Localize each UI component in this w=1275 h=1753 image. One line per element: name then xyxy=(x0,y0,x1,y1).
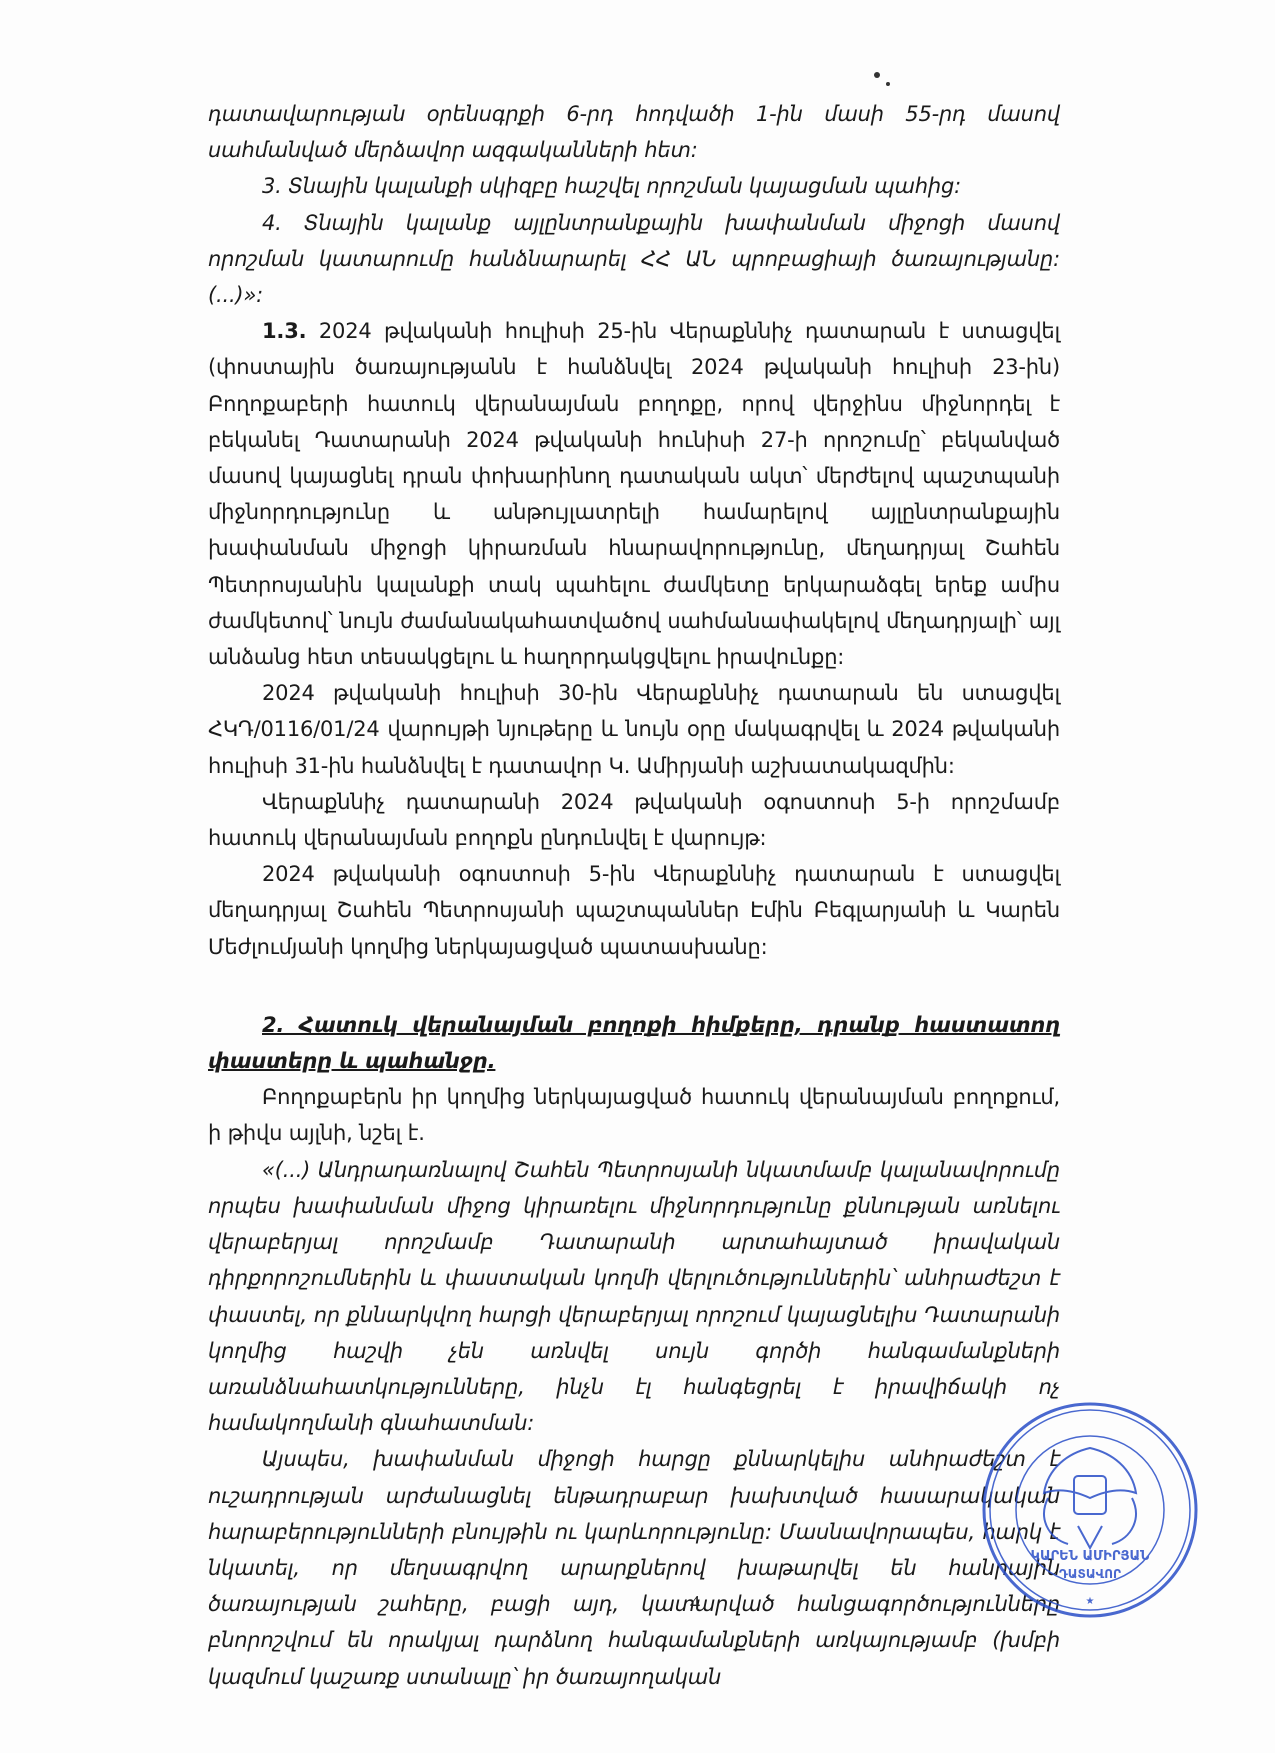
page-number: 4 xyxy=(690,1592,700,1615)
document-body: դատավարության օրենսգրքի 6-րդ հոդվածի 1-ի… xyxy=(208,96,1060,1695)
judge-seal-stamp: ԿԱՐԵՆ ԱՄԻՐՅԱՆ ԴԱՏԱՎՈՐ ★ xyxy=(978,1398,1202,1622)
document-page: դատավարության օրենսգրքի 6-րդ հոդվածի 1-ի… xyxy=(0,0,1275,1753)
paragraph-defense-response: 2024 թվականի օգոստոսի 5-ին Վերաքննիչ դատ… xyxy=(208,856,1060,965)
paragraph-continuation: դատավարության օրենսգրքի 6-րդ հոդվածի 1-ի… xyxy=(208,96,1060,168)
section-paragraph-quote-2: Այսպես, խափանման միջոցի հարցը քննարկելիս… xyxy=(208,1441,1060,1694)
section-paragraph-quote-1: «(...) Անդրադառնալով Շահեն Պետրոսյանի նկ… xyxy=(208,1152,1060,1442)
paragraph-item-4: 4. Տնային կալանք այլընտրանքային խափանման… xyxy=(208,205,1060,314)
paragraph-number: 1.3. xyxy=(262,319,306,343)
section-heading: 2. Հատուկ վերանայման բողոքի հիմքերը, դրա… xyxy=(208,1007,1060,1079)
svg-text:★: ★ xyxy=(1086,1596,1095,1607)
svg-text:ԿԱՐԵՆ ԱՄԻՐՅԱՆ: ԿԱՐԵՆ ԱՄԻՐՅԱՆ xyxy=(1031,1549,1150,1564)
scan-speck xyxy=(886,82,890,86)
svg-text:ԴԱՏԱՎՈՐ: ԴԱՏԱՎՈՐ xyxy=(1059,1567,1121,1581)
scan-speck xyxy=(874,72,880,78)
paragraph-case-materials: 2024 թվականի հուլիսի 30-ին Վերաքննիչ դատ… xyxy=(208,675,1060,784)
paragraph-text: 2024 թվականի հուլիսի 25-ին Վերաքննիչ դատ… xyxy=(208,319,1060,669)
section-paragraph-intro: Բողոքաբերն իր կողմից ներկայացված հատուկ … xyxy=(208,1079,1060,1151)
paragraph-appeal-accepted: Վերաքննիչ դատարանի 2024 թվականի օգոստոսի… xyxy=(208,784,1060,856)
paragraph-item-3: 3. Տնային կալանքի սկիզբը հաշվել որոշման … xyxy=(208,168,1060,204)
seal-emblem-icon: ԿԱՐԵՆ ԱՄԻՐՅԱՆ ԴԱՏԱՎՈՐ ★ xyxy=(978,1398,1202,1622)
paragraph-1-3: 1.3. 2024 թվականի հուլիսի 25-ին Վերաքննի… xyxy=(208,313,1060,675)
